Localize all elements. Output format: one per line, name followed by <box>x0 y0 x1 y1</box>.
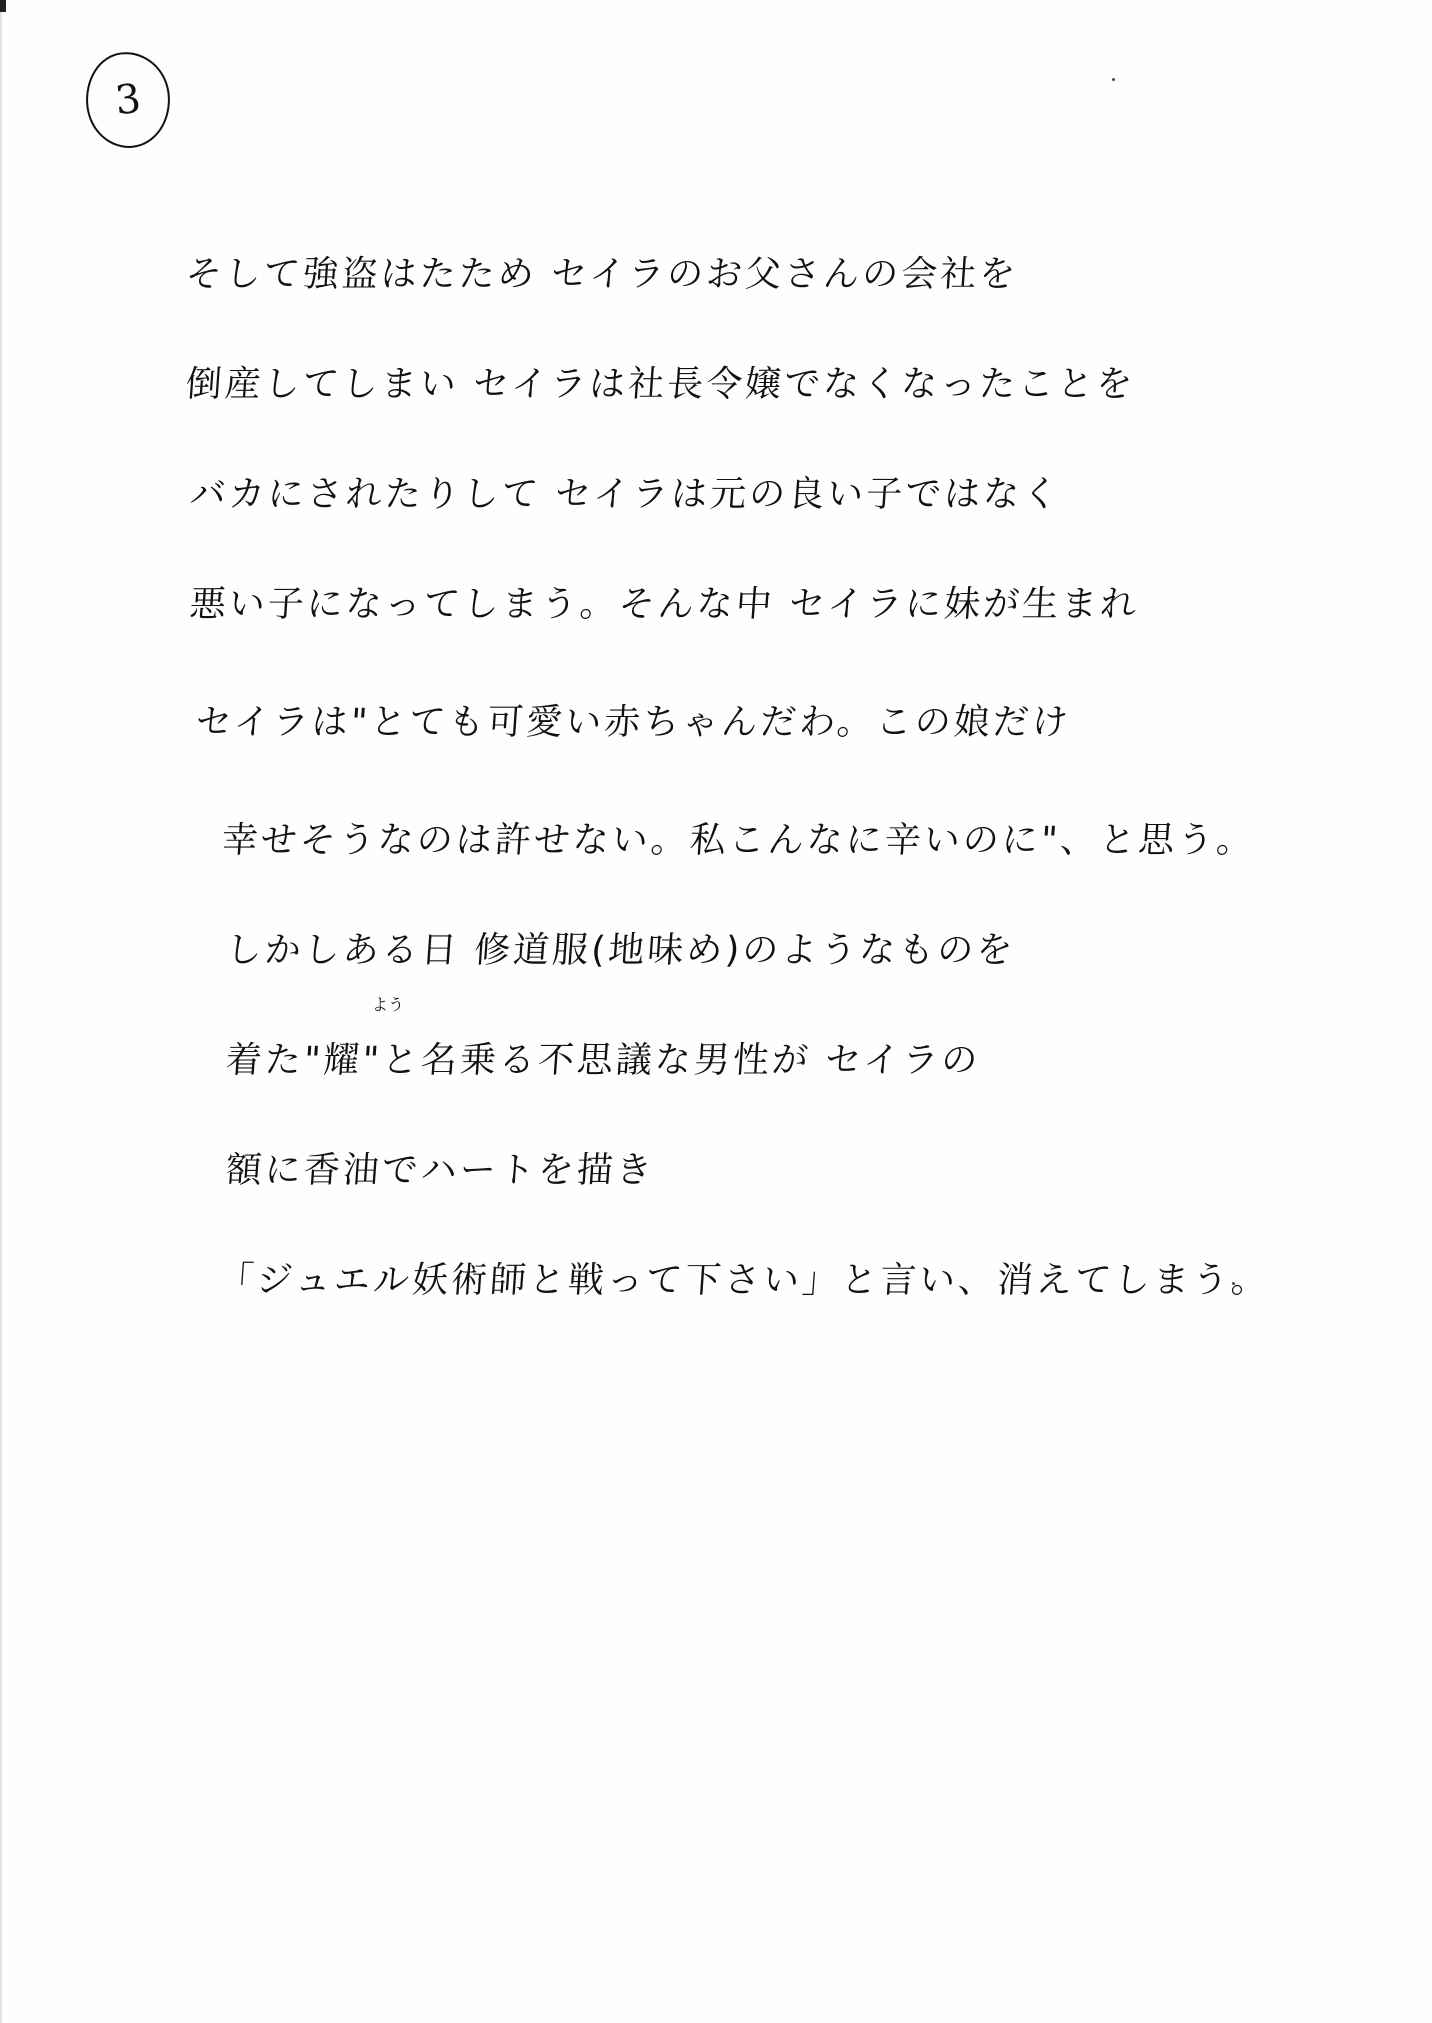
text-line-5: セイラは"とても可愛い赤ちゃんだわ。この娘だけ <box>194 694 1073 745</box>
text-line-4: 悪い子になってしまう。そんな中 セイラに妹が生まれ <box>188 576 1141 627</box>
text-line-8: 着た"耀"と名乗る不思議な男性が セイラの <box>224 1032 982 1083</box>
speck <box>1112 78 1115 81</box>
speck <box>1232 1282 1235 1285</box>
ruby-reading: よう <box>372 992 404 1015</box>
page-edge-shadow <box>0 0 3 2023</box>
handwritten-page: 3 そして強盗はたため セイラのお父さんの会社を 倒産してしまい セイラは社長令… <box>0 0 1432 2023</box>
text-line-2: 倒産してしまい セイラは社長令嬢でなくなったことを <box>184 356 1137 407</box>
text-line-10: 「ジュエル妖術師と戦って下さい」と言い、消えてしまう。 <box>216 1252 1272 1303</box>
circled-page-number: 3 <box>81 48 175 152</box>
text-line-7: しかしある日 修道服(地味め)のようなものを <box>224 922 1017 973</box>
text-line-6: 幸せそうなのは許せない。私こんなに辛いのに"、と思う。 <box>220 812 1257 863</box>
text-line-3: バカにされたりして セイラは元の良い子ではなく <box>188 466 1063 517</box>
page-number-text: 3 <box>113 76 143 124</box>
text-line-9: 額に香油でハートを描き <box>224 1142 657 1193</box>
text-line-1: そして強盗はたため セイラのお父さんの会社を <box>184 246 1020 297</box>
scan-edge-mark <box>0 0 6 12</box>
